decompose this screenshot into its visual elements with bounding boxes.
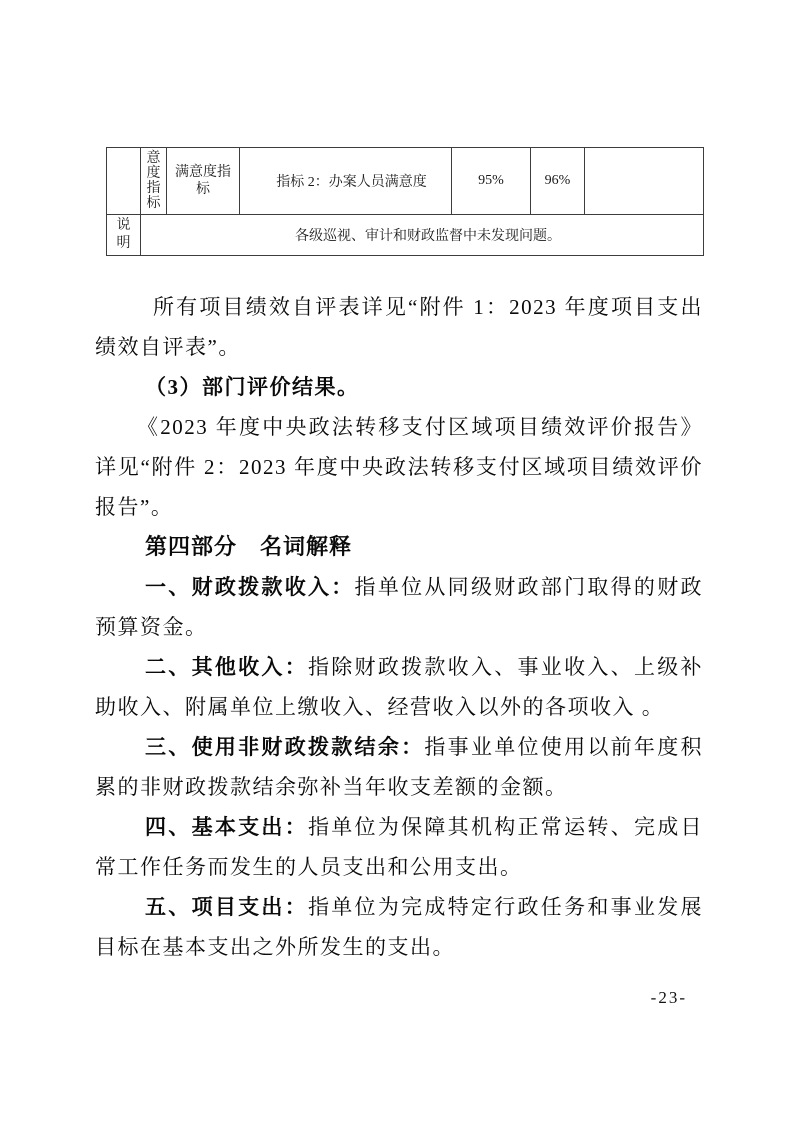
- table-cell-empty-right: [585, 148, 704, 215]
- para-self-eval-tables: 所有项目绩效自评表详见“附件 1：2023 年度项目支出绩效自评表”。: [95, 287, 703, 367]
- table-row-note: 说明 各级巡视、审计和财政监督中未发现问题。: [107, 215, 704, 256]
- table-cell-indicator-group: 意度指标: [141, 148, 167, 215]
- table-row-indicator: 意度指标 满意度指标 指标 2：办案人员满意度 95% 96%: [107, 148, 704, 215]
- term-title: 三、使用非财政拨款结余：: [145, 735, 424, 759]
- term-other-income: 二、其他收入：指除财政拨款收入、事业收入、上级补助收入、附属单位上缴收入、经营收…: [95, 647, 703, 727]
- table-cell-empty-left: [107, 148, 141, 215]
- table-cell-note-label: 说明: [107, 215, 141, 256]
- table-cell-target-value: 95%: [452, 148, 531, 215]
- para-dept-eval-report: 《2023 年度中央政法转移支付区域项目绩效评价报告》详见“附件 2：2023 …: [95, 407, 703, 527]
- term-title: 四、基本支出：: [145, 815, 308, 839]
- performance-eval-table: 意度指标 满意度指标 指标 2：办案人员满意度 95% 96% 说明 各级巡视、…: [106, 147, 704, 256]
- term-fiscal-appropriation-income: 一、财政拨款收入：指单位从同级财政部门取得的财政预算资金。: [95, 567, 703, 647]
- term-project-expenditure: 五、项目支出：指单位为完成特定行政任务和事业发展目标在基本支出之外所发生的支出。: [95, 887, 703, 967]
- document-page: 意度指标 满意度指标 指标 2：办案人员满意度 95% 96% 说明 各级巡视、…: [0, 0, 793, 1122]
- heading-part4-glossary: 第四部分 名词解释: [95, 527, 703, 567]
- term-title: 二、其他收入：: [145, 655, 308, 679]
- document-body: 所有项目绩效自评表详见“附件 1：2023 年度项目支出绩效自评表”。 （3）部…: [95, 287, 703, 967]
- table-cell-actual-value: 96%: [531, 148, 585, 215]
- table-cell-satisfaction-indicator: 满意度指标: [167, 148, 240, 215]
- page-number: -23-: [651, 988, 687, 1008]
- term-title: 一、财政拨款收入：: [145, 575, 355, 599]
- heading-dept-eval-result: （3）部门评价结果。: [95, 367, 703, 407]
- term-title: 五、项目支出：: [145, 895, 308, 919]
- table-cell-note-text: 各级巡视、审计和财政监督中未发现问题。: [141, 215, 704, 256]
- term-non-fiscal-balance: 三、使用非财政拨款结余：指事业单位使用以前年度积累的非财政拨款结余弥补当年收支差…: [95, 727, 703, 807]
- term-basic-expenditure: 四、基本支出：指单位为保障其机构正常运转、完成日常工作任务而发生的人员支出和公用…: [95, 807, 703, 887]
- table-cell-indicator2-label: 指标 2：办案人员满意度: [240, 148, 452, 215]
